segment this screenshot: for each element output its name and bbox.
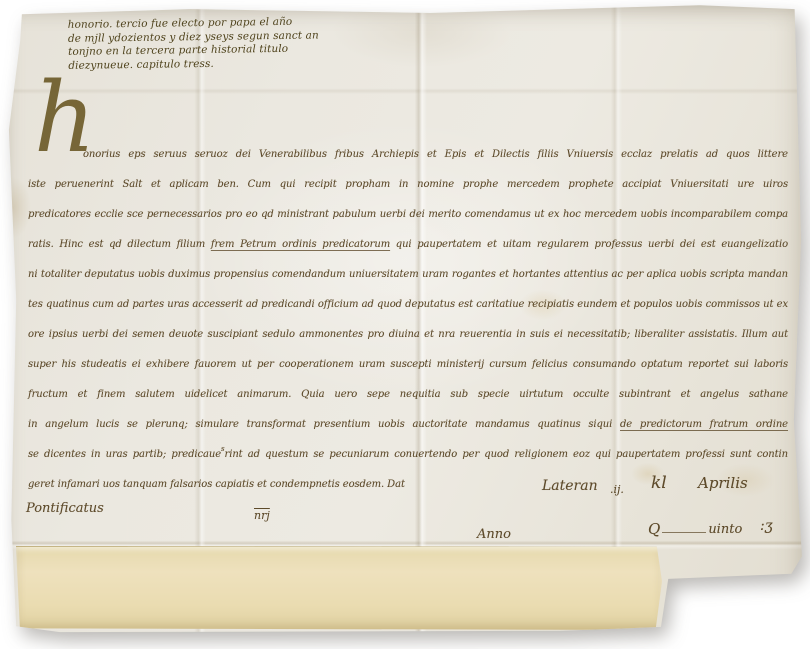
quinto-initial: Q bbox=[648, 520, 660, 538]
quinto-rest: uinto bbox=[708, 521, 742, 538]
parchment-charter: honorio. tercio fue electo por papa el a… bbox=[0, 0, 810, 649]
body-line: se dicentes in uras partib; predicauesri… bbox=[28, 434, 788, 464]
line-text: predicatores ecclie sce pernecessarios p… bbox=[28, 209, 788, 220]
closing-flourish-mark: :ʒ bbox=[760, 518, 773, 534]
line-text: rint ad questum se pecuniarum conuertend… bbox=[225, 449, 788, 460]
body-line: super his studeatis ei exhibere fauorem … bbox=[28, 344, 788, 374]
line-text: in angelum lucis se plerunq; simulare tr… bbox=[28, 419, 620, 430]
line-text: fructum et finem salutem uidelicet anima… bbox=[28, 389, 788, 400]
body-line: geret infamari uos tanquam falsarios cap… bbox=[28, 464, 788, 494]
body-line: onorius eps seruus seruoz dei Venerabili… bbox=[28, 134, 788, 164]
pen-flourish bbox=[662, 532, 706, 533]
parchment-shadow-wrap: honorio. tercio fue electo por papa el a… bbox=[0, 0, 810, 649]
line-text: tes quatinus cum ad partes uras accesser… bbox=[28, 299, 788, 310]
dating-pontificatus: Pontificatus bbox=[26, 501, 104, 516]
line-text: iste peruenerint Salt et aplicam ben. Cu… bbox=[28, 179, 788, 190]
line-text: geret infamari uos tanquam falsarios cap… bbox=[28, 479, 405, 490]
dating-place: Lateran bbox=[542, 478, 598, 494]
margin-asterisk-mark: * bbox=[4, 231, 13, 251]
dating-year-quinto: Quinto bbox=[648, 520, 742, 538]
body-line: iste peruenerint Salt et aplicam ben. Cu… bbox=[28, 164, 788, 194]
underlined-passage: frem Petrum ordinis predicatorum bbox=[211, 239, 390, 250]
photo-background: honorio. tercio fue electo por papa el a… bbox=[0, 0, 810, 649]
dating-kalends: kl bbox=[651, 473, 667, 493]
body-line: ni totaliter deputatus uobis duximus pro… bbox=[28, 254, 788, 284]
line-text: ni totaliter deputatus uobis duximus pro… bbox=[28, 269, 788, 280]
line-text: qui paupertatem et uitam regularem profe… bbox=[390, 239, 788, 250]
charter-body-text: onorius eps seruus seruoz dei Venerabili… bbox=[28, 134, 788, 494]
body-line: fructum et finem salutem uidelicet anima… bbox=[28, 374, 788, 404]
plica-fold bbox=[16, 546, 662, 630]
body-line: predicatores ecclie sce pernecessarios p… bbox=[28, 194, 788, 224]
dating-anno: Anno bbox=[477, 527, 511, 542]
line-text: onorius eps seruus seruoz dei Venerabili… bbox=[83, 149, 788, 160]
underlined-passage: de predictorum fratrum ordine bbox=[620, 419, 788, 430]
body-line: in angelum lucis se plerunq; simulare tr… bbox=[28, 404, 788, 434]
dating-month: Aprilis bbox=[698, 474, 748, 492]
body-line: ore ipsius uerbi dei semen deuote suscip… bbox=[28, 314, 788, 344]
archival-annotation: honorio. tercio fue electo por papa el a… bbox=[68, 15, 339, 73]
dating-nostri-abbreviation: nrj bbox=[254, 509, 270, 522]
body-line: ratis. Hinc est qd dilectum filium frem … bbox=[28, 224, 788, 254]
dating-day-numeral: .ij. bbox=[610, 483, 624, 496]
line-text: ratis. Hinc est qd dilectum filium bbox=[28, 239, 211, 250]
line-text: se dicentes in uras partib; predicaue bbox=[28, 449, 221, 460]
body-line: tes quatinus cum ad partes uras accesser… bbox=[28, 284, 788, 314]
line-text: ore ipsius uerbi dei semen deuote suscip… bbox=[28, 329, 788, 340]
line-text: super his studeatis ei exhibere fauorem … bbox=[28, 359, 788, 370]
